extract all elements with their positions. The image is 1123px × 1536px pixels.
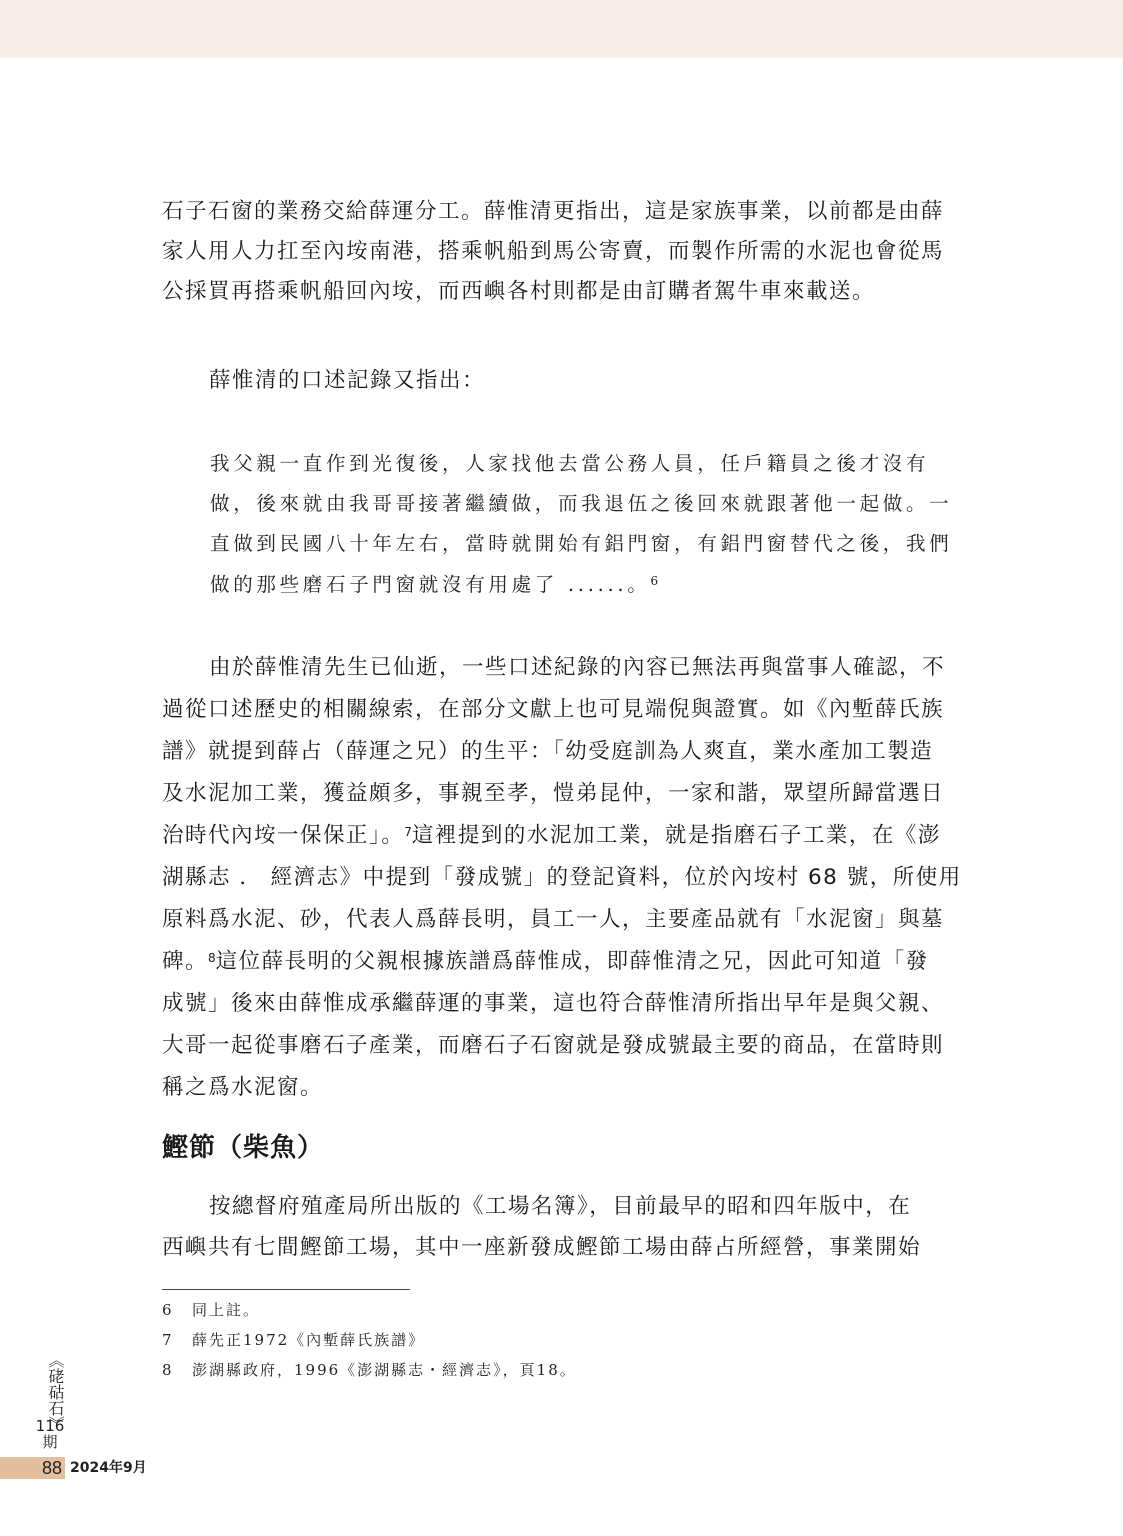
footnote-number: 7 xyxy=(162,1329,192,1351)
body-text-line: 由於薛惟清先生已仙逝，一些口述紀錄的內容已無法再與當事人確認，不 xyxy=(209,653,945,683)
footnote-text: 薛先正1972《內塹薛氏族譜》 xyxy=(192,1331,425,1349)
quote-line: 做的那些磨石子門窗就沒有用處了 ......。6 xyxy=(210,570,658,600)
footnote-number: 6 xyxy=(162,1299,192,1321)
issue-date: 2024年9月 xyxy=(70,1459,147,1477)
footnote: 8澎湖縣政府，1996《澎湖縣志・經濟志》，頁18。 xyxy=(162,1359,577,1381)
footnote: 7薛先正1972《內塹薛氏族譜》 xyxy=(162,1329,425,1351)
body-text-line: 原料爲水泥、砂，代表人爲薛長明，員工一人，主要產品就有「水泥窗」與墓 xyxy=(162,905,944,935)
issue-number: 116 xyxy=(30,1418,70,1434)
body-text-line: 石子石窗的業務交給薛運分工。薛惟清更指出，這是家族事業，以前都是由薛 xyxy=(162,197,944,227)
body-text: 碑。 xyxy=(162,949,208,974)
footnote: 6同上註。 xyxy=(162,1299,260,1321)
quote-text: 做的那些磨石子門窗就沒有用處了 ......。 xyxy=(210,573,651,596)
body-text-line: 稱之爲水泥窗。 xyxy=(162,1073,323,1103)
body-text: 這裡提到的水泥加工業，就是指磨石子工業，在《澎 xyxy=(412,823,941,848)
quote-line: 直做到民國八十年左右，當時就開始有鋁門窗，有鋁門窗替代之後，我們 xyxy=(210,529,952,559)
footnote-number: 8 xyxy=(162,1359,192,1381)
body-text-line: 西嶼共有七間鰹節工場，其中一座新發成鰹節工場由薛占所經營，事業開始 xyxy=(162,1233,921,1263)
body-text-line: 湖縣志 ． 經濟志》中提到「發成號」的登記資料，位於內垵村 68 號，所使用 xyxy=(162,863,962,893)
section-heading: 鰹節（柴魚） xyxy=(162,1130,324,1166)
page-number-badge: 88 xyxy=(0,1457,65,1479)
quote-intro: 薛惟清的口述記錄又指出： xyxy=(209,366,485,396)
body-text-line: 按總督府殖產局所出版的《工場名簿》，目前最早的昭和四年版中，在 xyxy=(209,1192,911,1222)
footnote-text: 澎湖縣政府，1996《澎湖縣志・經濟志》，頁18。 xyxy=(192,1361,577,1379)
body-text-line: 譜》就提到薛占（薛運之兄）的生平：「幼受庭訓為人爽直，業水產加工製造 xyxy=(162,737,933,767)
footnote-ref[interactable]: 7 xyxy=(404,825,412,839)
body-text: 這位薛長明的父親根據族譜爲薛惟成，即薛惟清之兄，因此可知道「發 xyxy=(216,949,929,974)
quote-line: 我父親一直作到光復後，人家找他去當公務人員，任戶籍員之後才沒有 xyxy=(210,449,929,479)
quote-line: 做，後來就由我哥哥接著繼續做，而我退伍之後回來就跟著他一起做。一 xyxy=(210,489,952,519)
body-text-line: 大哥一起從事磨石子產業，而磨石子石窗就是發成號最主要的商品，在當時則 xyxy=(162,1031,944,1061)
body-text: 治時代內垵一保保正」。 xyxy=(162,823,404,848)
body-text-line: 過從口述歷史的相關線索，在部分文獻上也可見端倪與證實。如《內塹薛氏族 xyxy=(162,695,944,725)
body-text-line: 公採買再搭乘帆船回內垵，而西嶼各村則都是由訂購者駕牛車來載送。 xyxy=(162,277,875,307)
footnote-text: 同上註。 xyxy=(192,1301,260,1319)
issue-label: 期 xyxy=(30,1434,70,1450)
footnote-ref[interactable]: 8 xyxy=(208,951,216,965)
body-text-line: 家人用人力扛至內垵南港，搭乘帆船到馬公寄賣，而製作所需的水泥也會從馬 xyxy=(162,237,944,267)
footnote-divider xyxy=(162,1289,410,1290)
body-text-line: 碑。8這位薛長明的父親根據族譜爲薛惟成，即薛惟清之兄，因此可知道「發 xyxy=(162,947,929,977)
footnote-ref[interactable]: 6 xyxy=(651,574,659,588)
body-text-line: 成號」後來由薛惟成承繼薛運的事業，這也符合薛惟清所指出早年是與父親、 xyxy=(162,989,944,1019)
body-text-line: 治時代內垵一保保正」。7這裡提到的水泥加工業，就是指磨石子工業，在《澎 xyxy=(162,821,941,851)
body-text-line: 及水泥加工業，獲益頗多，事親至孝，愷弟昆仲，一家和諧，眾望所歸當選日 xyxy=(162,779,944,809)
page-number: 88 xyxy=(42,1457,62,1479)
top-band xyxy=(0,0,1123,58)
